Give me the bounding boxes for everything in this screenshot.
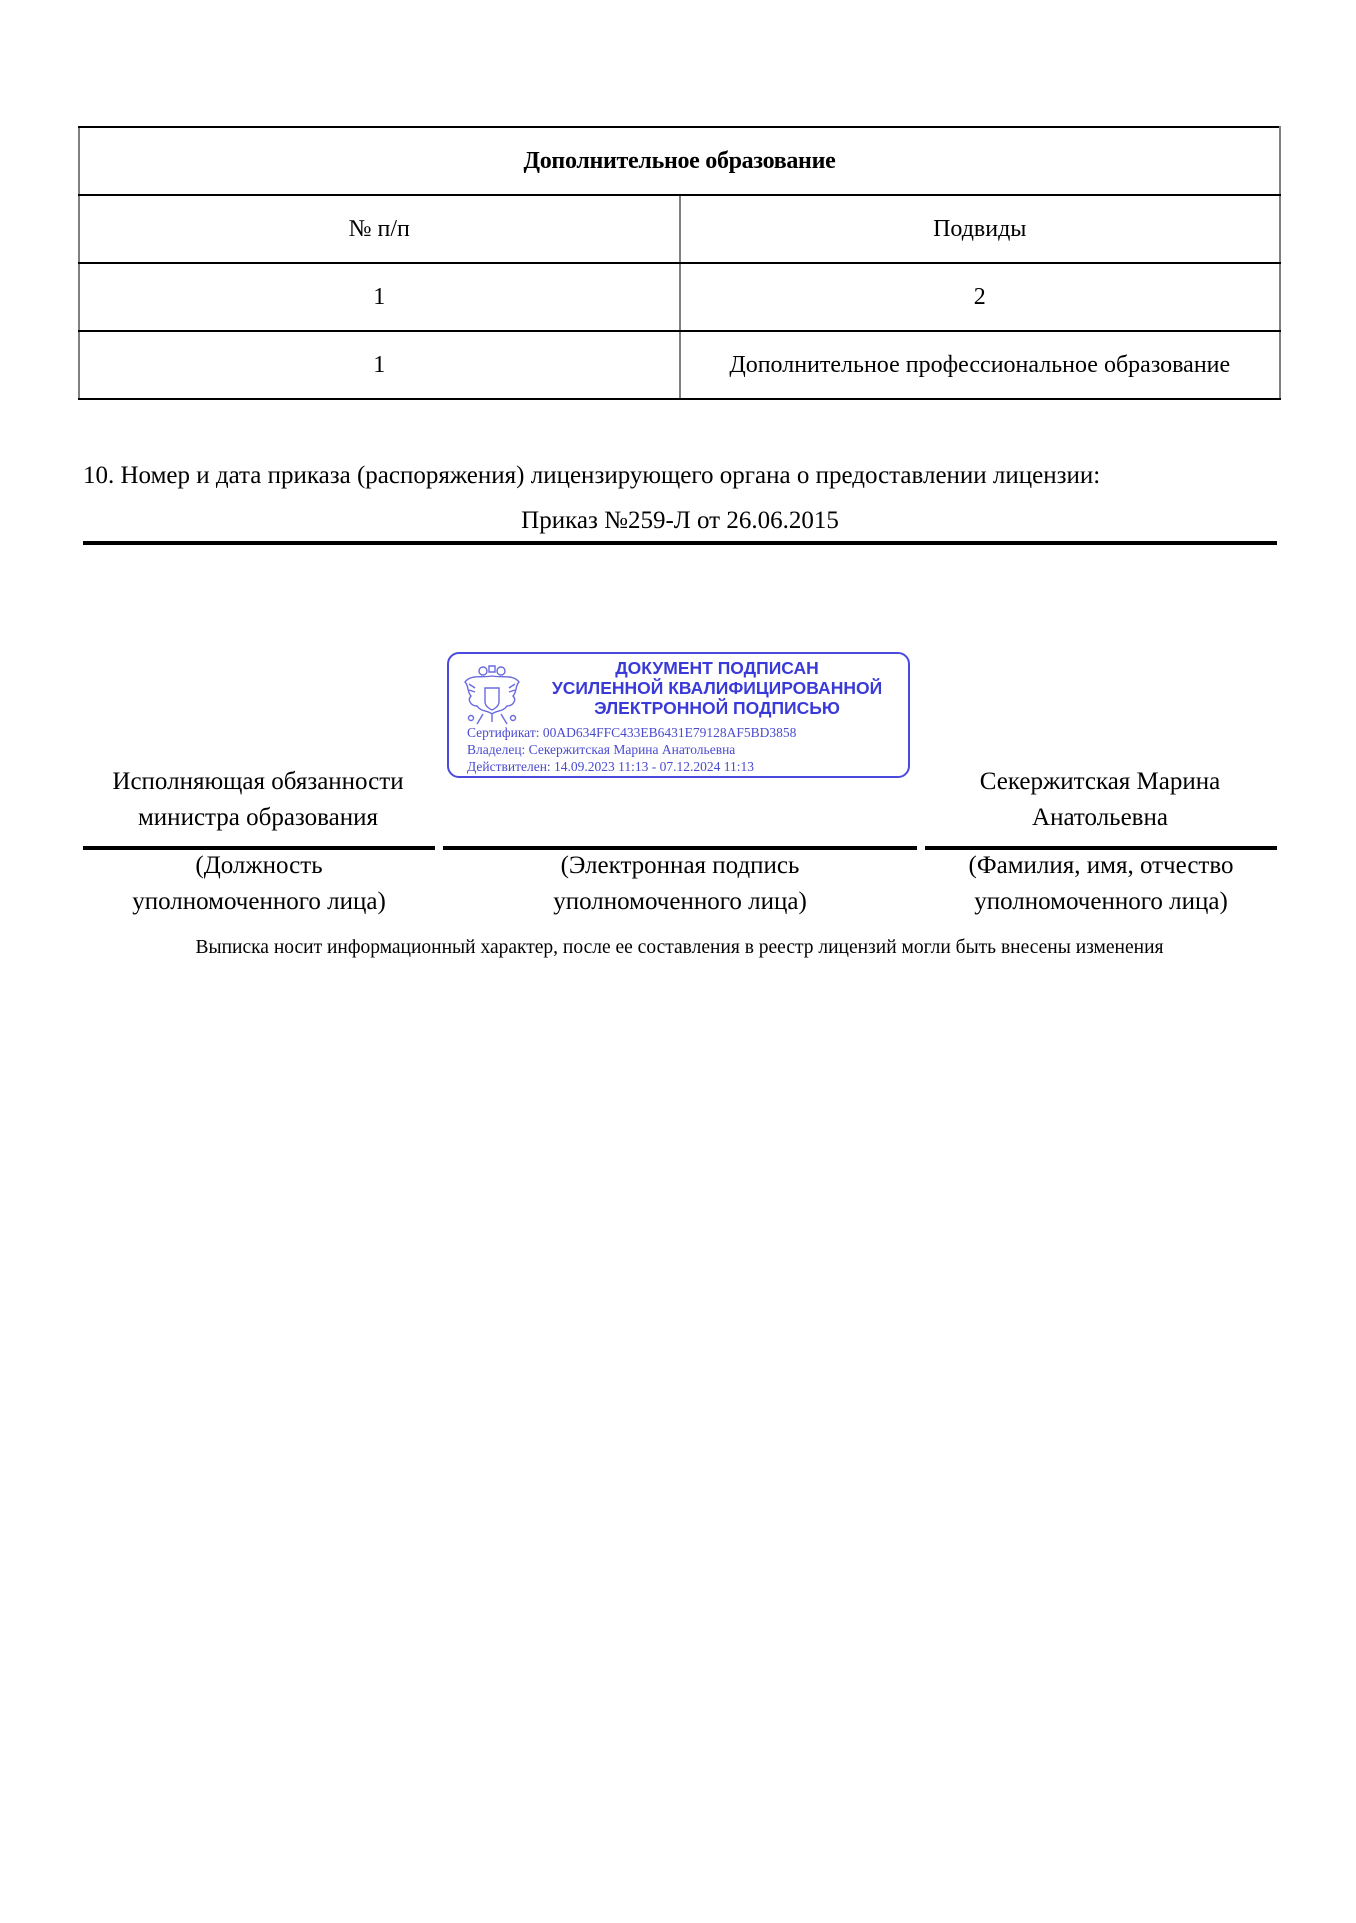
stamp-header-line-1: ДОКУМЕНТ ПОДПИСАН <box>527 658 907 678</box>
signer-name: Секержитская Марина Анатольевна <box>925 764 1275 836</box>
caption-position-line-1: (Должность <box>83 848 435 884</box>
stamp-header: ДОКУМЕНТ ПОДПИСАН УСИЛЕННОЙ КВАЛИФИЦИРОВ… <box>527 658 907 718</box>
table-title: Дополнительное образование <box>79 127 1280 195</box>
stamp-validity: Действителен: 14.09.2023 11:13 - 07.12.2… <box>467 758 754 775</box>
caption-position-line-2: уполномоченного лица) <box>83 884 435 920</box>
table-header-row: № п/п Подвиды <box>79 195 1280 263</box>
signer-name-line-2: Анатольевна <box>925 800 1275 836</box>
table-row: 1 Дополнительное профессиональное образо… <box>79 331 1280 399</box>
caption-signature-line-2: уполномоченного лица) <box>443 884 917 920</box>
informational-footnote: Выписка носит информационный характер, п… <box>78 937 1281 959</box>
stamp-certificate: Сертификат: 00AD634FFC433EB6431E79128AF5… <box>467 724 796 741</box>
column-header-subtypes: Подвиды <box>680 195 1281 263</box>
russian-coat-of-arms-icon <box>461 662 523 728</box>
table-row: 1 2 <box>79 263 1280 331</box>
table-cell: 1 <box>79 331 680 399</box>
stamp-header-line-2: УСИЛЕННОЙ КВАЛИФИЦИРОВАННОЙ <box>527 678 907 698</box>
table-cell: 2 <box>680 263 1281 331</box>
stamp-header-line-3: ЭЛЕКТРОННОЙ ПОДПИСЬЮ <box>527 698 907 718</box>
electronic-signature-stamp: ДОКУМЕНТ ПОДПИСАН УСИЛЕННОЙ КВАЛИФИЦИРОВ… <box>447 652 910 778</box>
signer-position: Исполняющая обязанности министра образов… <box>83 764 433 836</box>
table-title-row: Дополнительное образование <box>79 127 1280 195</box>
caption-name: (Фамилия, имя, отчество уполномоченного … <box>925 848 1277 920</box>
additional-education-table: Дополнительное образование № п/п Подвиды… <box>78 126 1281 400</box>
stamp-owner: Владелец: Секержитская Марина Анатольевн… <box>467 741 735 758</box>
signer-name-line-1: Секержитская Марина <box>925 764 1275 800</box>
table-cell: Дополнительное профессиональное образова… <box>680 331 1281 399</box>
caption-signature-line-1: (Электронная подпись <box>443 848 917 884</box>
signer-position-line-1: Исполняющая обязанности <box>83 764 433 800</box>
caption-position: (Должность уполномоченного лица) <box>83 848 435 920</box>
section-10-label: 10. Номер и дата приказа (распоряжения) … <box>83 462 1283 490</box>
column-header-number: № п/п <box>79 195 680 263</box>
caption-name-line-1: (Фамилия, имя, отчество <box>925 848 1277 884</box>
license-order-value: Приказ №259-Л от 26.06.2015 <box>83 507 1277 545</box>
caption-name-line-2: уполномоченного лица) <box>925 884 1277 920</box>
table-cell: 1 <box>79 263 680 331</box>
signer-position-line-2: министра образования <box>83 800 433 836</box>
caption-signature: (Электронная подпись уполномоченного лиц… <box>443 848 917 920</box>
